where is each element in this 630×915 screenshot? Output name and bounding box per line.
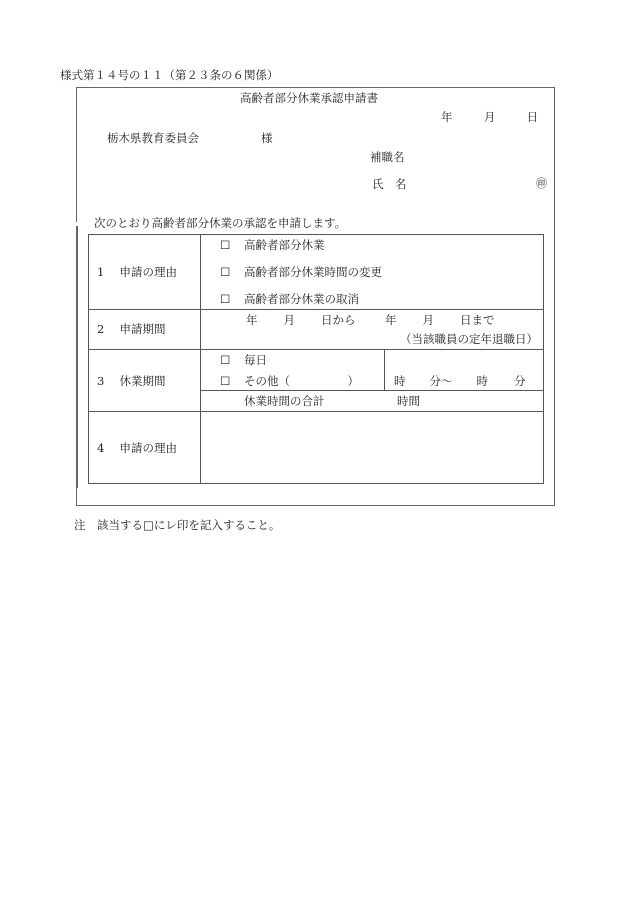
- checkbox-time-change[interactable]: ☐: [220, 265, 230, 279]
- date-field[interactable]: 年 月 日: [441, 110, 538, 124]
- row1-label: 1 申請の理由: [97, 265, 177, 279]
- period-from-field[interactable]: 年月日から: [246, 313, 356, 327]
- option-cancel-label: 高齢者部分休業の取消: [244, 292, 359, 306]
- position-field[interactable]: [420, 148, 540, 164]
- addressee-name: 栃木県教育委員会: [107, 131, 199, 145]
- row4-label: 4 申請の理由: [97, 441, 177, 455]
- period-to-field[interactable]: 年月日まで: [385, 313, 495, 327]
- form-title: 高齢者部分休業承認申請書: [240, 91, 378, 105]
- date-day-label: 日: [527, 110, 539, 124]
- row3-label: 3 休業期間: [97, 374, 165, 388]
- intro-text: 次のとおり高齢者部分休業の承認を申請します。: [94, 216, 346, 230]
- seal-icon: ㊞: [536, 177, 547, 191]
- name-label: 氏 名: [372, 177, 407, 191]
- checkbox-cancel[interactable]: ☐: [220, 292, 230, 306]
- time-range-field[interactable]: 時分～時分: [394, 374, 526, 388]
- checkbox-partial-leave[interactable]: ☐: [220, 238, 230, 252]
- reason-textarea[interactable]: [202, 413, 542, 483]
- date-month-label: 月: [484, 110, 496, 124]
- total-hours-label: 休業時間の合計: [244, 394, 325, 408]
- row2-label: 2 申請期間: [97, 322, 165, 336]
- option-daily-label: 毎日: [244, 353, 267, 367]
- total-hours-field[interactable]: 時間: [397, 394, 420, 408]
- name-field[interactable]: [420, 175, 530, 191]
- form-id: 様式第１４号の１１（第２３条の６関係）: [60, 68, 279, 82]
- date-year-label: 年: [441, 110, 453, 124]
- option-other-label: その他（ ）: [244, 374, 359, 388]
- addressee-honorific: 様: [261, 131, 273, 145]
- checkbox-daily[interactable]: ☐: [220, 353, 230, 367]
- period-note: （当該職員の定年退職日）: [400, 332, 538, 346]
- footnote: 注 該当する□にレ印を記入すること。: [74, 518, 280, 532]
- position-label: 補職名: [370, 150, 405, 164]
- option-time-change-label: 高齢者部分休業時間の変更: [244, 265, 382, 279]
- checkbox-other[interactable]: ☐: [220, 374, 230, 388]
- option-partial-leave-label: 高齢者部分休業: [244, 238, 325, 252]
